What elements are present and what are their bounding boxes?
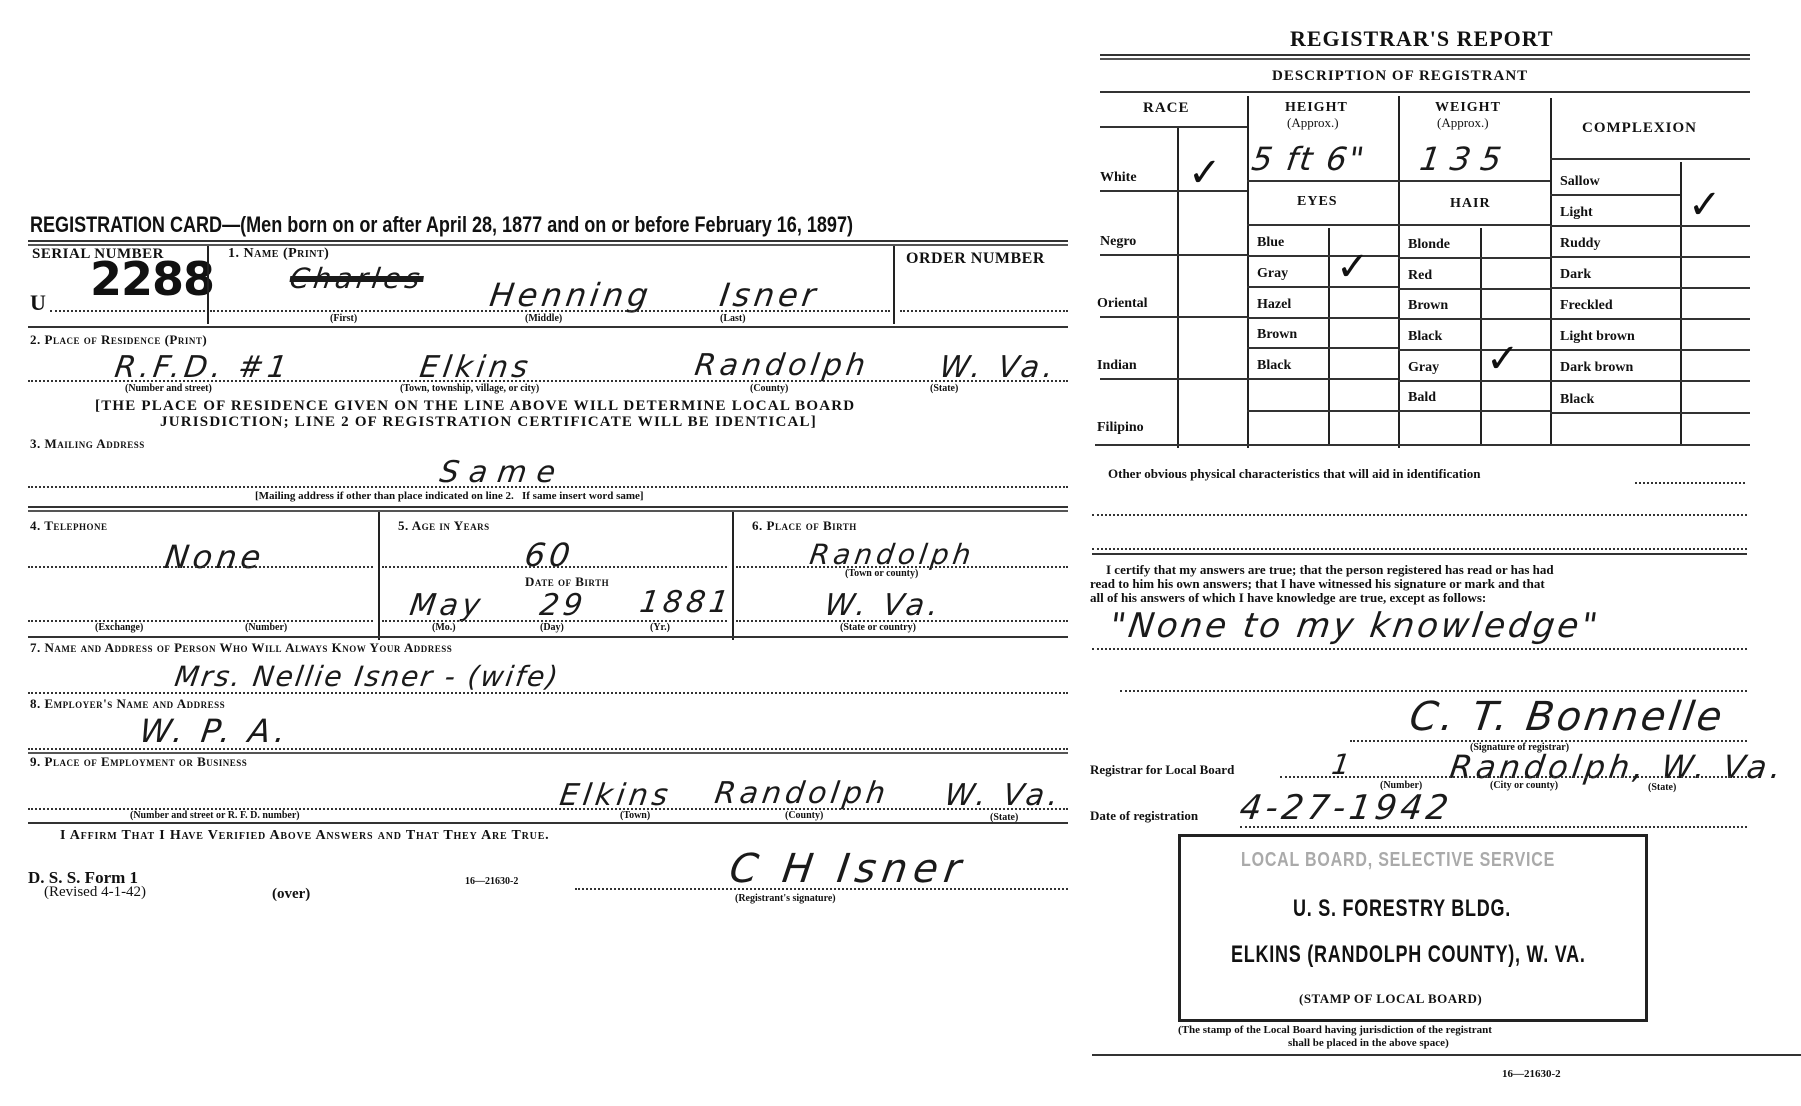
telephone-value: None [162, 538, 267, 576]
race-filipino: Filipino [1097, 420, 1144, 436]
order-number-label: ORDER NUMBER [906, 250, 1045, 268]
contact-label: 7. Name and Address of Person Who Will A… [30, 640, 452, 656]
height-sub: (Approx.) [1287, 115, 1339, 131]
race-header-rule [1100, 126, 1247, 128]
hair-rule-2 [1398, 288, 1550, 290]
hair-rule-6 [1398, 410, 1550, 412]
birthplace-town-caption: (Town or county) [845, 568, 918, 579]
name-first: Charles [288, 262, 426, 295]
tel-age-divider [378, 512, 380, 640]
report-title: REGISTRAR'S REPORT [1290, 26, 1554, 52]
hair-gray-check-icon: ✓ [1486, 336, 1520, 382]
residence-note-1: [THE PLACE OF RESIDENCE GIVEN ON THE LIN… [95, 398, 855, 415]
age-value: 60 [522, 536, 576, 574]
row6-rule [28, 636, 1068, 638]
residence-label: 2. Place of Residence (Print) [30, 332, 207, 348]
stamp-caption: (STAMP OF LOCAL BOARD) [1299, 991, 1482, 1007]
local-board-stamp: LOCAL BOARD, SELECTIVE SERVICE U. S. FOR… [1178, 834, 1648, 1022]
report-bottom-rule [1092, 1054, 1801, 1056]
local-board-city-caption: (City or county) [1490, 780, 1558, 791]
hair-gray: Gray [1408, 360, 1439, 376]
title-rule [28, 240, 1068, 246]
birthplace-label: 6. Place of Birth [752, 518, 857, 534]
report-code: 16—21630-2 [1502, 1068, 1561, 1080]
residence-line [28, 380, 1068, 382]
residence-note-2: JURISDICTION; LINE 2 OF REGISTRATION CER… [160, 414, 817, 431]
form-code: 16—21630-2 [465, 876, 518, 887]
local-board-label: Registrar for Local Board [1090, 762, 1234, 778]
complexion-rule-5 [1550, 318, 1750, 320]
dob-day: 29 [538, 588, 589, 623]
race-oriental: Oriental [1097, 296, 1148, 312]
mailing-caption: [Mailing address if other than place ind… [255, 490, 644, 502]
dob-year-caption: (Yr.) [650, 622, 670, 633]
hair-brown: Brown [1408, 298, 1448, 314]
telephone-number-caption: (Number) [245, 622, 287, 633]
local-board-line [1280, 776, 1747, 778]
subtitle-rule [1100, 91, 1750, 93]
race-white: White [1100, 170, 1137, 186]
race-rule-2 [1100, 254, 1247, 256]
residence-county: Randolph [693, 348, 872, 383]
col-hair-mark-left [1480, 228, 1482, 446]
complexion-black: Black [1560, 392, 1594, 408]
eyes-hazel: Hazel [1257, 297, 1291, 313]
race-negro: Negro [1100, 234, 1136, 250]
exception-line [1092, 648, 1747, 650]
hair-black: Black [1408, 329, 1442, 345]
birthplace-state: W. Va. [823, 588, 945, 623]
stamp-note-1: (The stamp of the Local Board having jur… [1178, 1024, 1492, 1036]
telephone-label: 4. Telephone [30, 518, 107, 534]
col-height-left [1247, 96, 1249, 448]
date-label: Date of registration [1090, 808, 1198, 824]
employer-value: W. P. A. [137, 712, 292, 750]
weight-value: 135 [1417, 140, 1513, 178]
eyes-gray: Gray [1257, 266, 1288, 282]
complexion-header-rule [1550, 158, 1750, 160]
eyes-header: EYES [1297, 194, 1338, 210]
height-value: 5 ft 6" [1249, 140, 1368, 178]
complexion-light-brown: Light brown [1560, 329, 1635, 345]
residence-state-caption: (State) [930, 383, 958, 394]
order-number-line [900, 310, 1068, 312]
affirm-text: I Affirm That I Have Verified Above Answ… [60, 828, 549, 844]
local-board-state-caption: (State) [1648, 782, 1676, 793]
name-first-caption: (First) [330, 313, 357, 324]
registrant-signature: C H Isner [727, 846, 970, 892]
weight-sub: (Approx.) [1437, 115, 1489, 131]
report-title-rule [1100, 54, 1750, 60]
complexion-dark-brown: Dark brown [1560, 360, 1633, 376]
complexion-rule-2 [1550, 225, 1750, 227]
hair-rule-1 [1398, 257, 1550, 259]
serial-prefix: U [30, 290, 46, 316]
age-label: 5. Age in Years [398, 518, 490, 534]
complexion-ruddy: Ruddy [1560, 236, 1600, 252]
complexion-rule-3 [1550, 256, 1750, 258]
name-last-caption: (Last) [720, 313, 746, 324]
complexion-rule-7 [1550, 380, 1750, 382]
stamp-line-0: LOCAL BOARD, SELECTIVE SERVICE [1241, 849, 1555, 872]
hair-red: Red [1408, 268, 1432, 284]
complexion-header: COMPLEXION [1582, 120, 1697, 137]
hair-rule-3 [1398, 318, 1550, 320]
employment-street-caption: (Number and street or R. F. D. number) [130, 810, 300, 821]
name-middle: Henning [487, 276, 654, 314]
residence-town-caption: (Town, township, village, or city) [400, 383, 539, 394]
stamp-note-2: shall be placed in the above space) [1288, 1037, 1449, 1049]
race-indian: Indian [1097, 358, 1137, 374]
complexion-light-check-icon: ✓ [1688, 182, 1722, 228]
weight-header: WEIGHT [1435, 100, 1501, 116]
exception-value: "None to my knowledge" [1107, 606, 1603, 646]
form-over: (over) [272, 886, 310, 903]
date-line [1240, 826, 1747, 828]
serial-divider [207, 246, 209, 324]
eyes-rule-4 [1247, 347, 1398, 349]
complexion-dark: Dark [1560, 267, 1591, 283]
date-value: 4-27-1942 [1237, 788, 1455, 828]
employment-county: Randolph [713, 776, 892, 811]
serial-number-value: 2288 [90, 252, 214, 306]
height-header: HEIGHT [1285, 100, 1348, 116]
eyes-gray-check-icon: ✓ [1336, 244, 1370, 290]
col-complexion-left [1550, 98, 1552, 446]
name-line [210, 310, 890, 312]
eyes-rule-1 [1247, 255, 1398, 257]
dob-year: 1881 [638, 585, 735, 620]
eyes-blue: Blue [1257, 235, 1284, 251]
dob-month-caption: (Mo.) [432, 622, 456, 633]
telephone-line-2 [28, 620, 373, 622]
hair-header: HAIR [1450, 196, 1491, 212]
other-line-2 [1092, 548, 1747, 550]
col-race-mark-left [1177, 128, 1179, 448]
complexion-sallow: Sallow [1560, 174, 1600, 190]
residence-street-caption: (Number and street) [125, 383, 212, 394]
col-complexion-mark-left [1680, 162, 1682, 446]
serial-line [50, 310, 205, 312]
dob-month: May [408, 588, 487, 623]
order-divider [893, 246, 895, 324]
eyes-black: Black [1257, 358, 1291, 374]
employment-county-caption: (County) [785, 810, 823, 821]
certify-rule [1092, 553, 1747, 555]
hair-bald: Bald [1408, 390, 1436, 406]
hair-rule-4 [1398, 349, 1550, 351]
contact-value: Mrs. Nellie Isner - (wife) [173, 660, 562, 693]
report-subtitle: DESCRIPTION OF REGISTRANT [1272, 68, 1528, 85]
complexion-rule-1 [1550, 194, 1680, 196]
eyes-rule-2 [1247, 286, 1398, 288]
complexion-light: Light [1560, 205, 1593, 221]
mailing-value: Same [438, 455, 568, 490]
complexion-rule-6 [1550, 349, 1750, 351]
other-line-1 [1092, 514, 1747, 516]
complexion-rule-4 [1550, 287, 1750, 289]
age-line [382, 566, 727, 568]
employment-label: 9. Place of Employment or Business [30, 754, 247, 770]
telephone-exchange-caption: (Exchange) [95, 622, 143, 633]
name-middle-caption: (Middle) [525, 313, 562, 324]
col-eyes-mark-left [1328, 228, 1330, 446]
form-revised: (Revised 4-1-42) [44, 884, 146, 901]
stamp-line-1: U. S. FORESTRY BLDG. [1293, 895, 1511, 923]
registrar-signature: C. T. Bonnelle [1407, 694, 1728, 740]
hair-rule-5 [1398, 380, 1550, 382]
name-label: 1. Name (Print) [228, 246, 329, 262]
race-rule-1 [1100, 190, 1247, 192]
stamp-line-2: ELKINS (RANDOLPH COUNTY), W. VA. [1231, 941, 1586, 969]
complexion-rule-8 [1550, 412, 1750, 414]
exception-line-2 [1120, 690, 1747, 692]
eyes-rule-3 [1247, 317, 1398, 319]
age-birth-divider [732, 512, 734, 640]
certify-line-3: all of his answers of which I have knowl… [1090, 590, 1486, 606]
race-header: RACE [1143, 100, 1190, 117]
other-label: Other obvious physical characteristics t… [1108, 466, 1480, 482]
residence-county-caption: (County) [750, 383, 788, 394]
signature-line [575, 888, 1068, 890]
mailing-rule [28, 506, 1068, 512]
other-line-0 [1635, 482, 1745, 484]
col-weight-left [1398, 96, 1400, 448]
race-rule-4 [1100, 378, 1247, 380]
mailing-line [28, 486, 1068, 488]
birthplace-state-caption: (State or country) [840, 622, 916, 633]
card-title: REGISTRATION CARD—(Men born on or after … [30, 212, 853, 238]
employment-town-caption: (Town) [620, 810, 650, 821]
telephone-line [28, 566, 373, 568]
complexion-freckled: Freckled [1560, 298, 1613, 314]
race-rule-3 [1100, 316, 1247, 318]
eyes-rule-5 [1247, 378, 1398, 380]
employer-label: 8. Employer's Name and Address [30, 696, 225, 712]
signature-caption: (Registrant's signature) [735, 893, 836, 904]
eyes-brown: Brown [1257, 327, 1297, 343]
mailing-label: 3. Mailing Address [30, 436, 145, 452]
section1-rule [28, 326, 1068, 328]
employment-rule [28, 822, 1068, 824]
eyes-hair-rule [1247, 224, 1550, 226]
hair-blonde: Blonde [1408, 237, 1450, 253]
dob-day-caption: (Day) [540, 622, 564, 633]
name-last: Isner [717, 276, 822, 314]
contact-line [28, 692, 1068, 694]
table-bottom-rule [1095, 444, 1750, 446]
height-weight-rule [1247, 180, 1550, 182]
eyes-rule-6 [1247, 410, 1398, 412]
